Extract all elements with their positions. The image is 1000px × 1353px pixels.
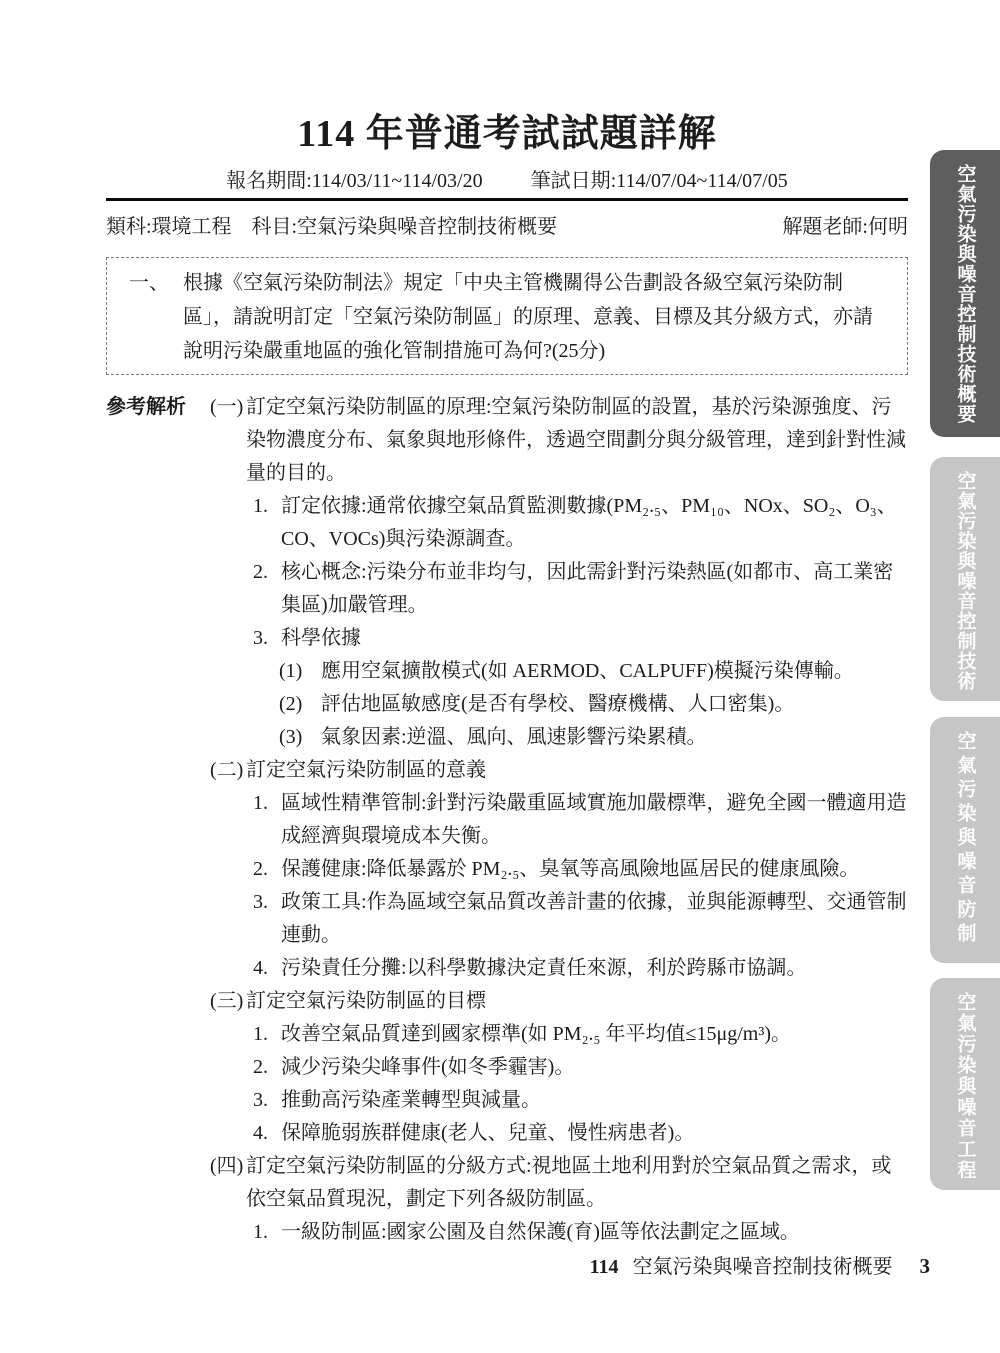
meta-row: 類科:環境工程 科目:空氣污染與噪音控制技術概要 解題老師:何明 — [106, 214, 908, 240]
item-text: 訂定空氣污染防制區的分級方式:視地區土地利用對於空氣品質之需求，或依空氣品質現況… — [246, 1150, 908, 1216]
footer-year: 114 — [590, 1256, 619, 1278]
item-marker: (2) — [279, 688, 321, 721]
section-1-item-1: 1. 訂定依據:通常依據空氣品質監測數據(PM₂.₅、PM₁₀、NOx、SO₂、… — [253, 490, 908, 556]
item-text: 訂定空氣污染防制區的意義 — [246, 754, 908, 787]
item-text: 區域性精準管制:針對污染嚴重區域實施加嚴標準，避免全國一體適用造成經濟與環境成本… — [281, 787, 908, 853]
section-1-item-3: 3. 科學依據 — [253, 622, 908, 655]
section-3-item-4: 4. 保障脆弱族群健康(老人、兒童、慢性病患者)。 — [253, 1117, 908, 1150]
section-2-item-1: 1. 區域性精準管制:針對污染嚴重區域實施加嚴標準，避免全國一體適用造成經濟與環… — [253, 787, 908, 853]
item-marker: 1. — [253, 1216, 281, 1249]
side-tab-label: 空氣污染與噪音控制技術 — [952, 457, 979, 701]
exam-dates-row: 報名期間:114/03/11~114/03/20 筆試日期:114/07/04~… — [106, 168, 908, 194]
item-text: 訂定空氣污染防制區的原理:空氣污染防制區的設置，基於污染源強度、污染物濃度分布、… — [246, 391, 908, 490]
section-3-item-1: 1. 改善空氣品質達到國家標準(如 PM₂.₅ 年平均值≤15μg/m³)。 — [253, 1018, 908, 1051]
side-tab-air-noise-control-tech[interactable]: 空氣污染與噪音控制技術 — [930, 457, 1000, 701]
section-4-heading: (四) 訂定空氣污染防制區的分級方式:視地區土地利用對於空氣品質之需求，或依空氣… — [210, 1150, 908, 1216]
item-text: 一級防制區:國家公園及自然保護(育)區等依法劃定之區域。 — [281, 1216, 908, 1249]
exam-solution-page: 114 年普通考試試題詳解 報名期間:114/03/11~114/03/20 筆… — [0, 0, 1000, 1353]
page-number: 3 — [920, 1254, 931, 1278]
item-text: 應用空氣擴散模式(如 AERMOD、CALPUFF)模擬污染傳輸。 — [321, 655, 908, 688]
item-marker: 4. — [253, 1117, 281, 1150]
header-divider — [106, 198, 908, 201]
question-text: 根據《空氣污染防制法》規定「中央主管機關得公告劃設各級空氣污染防制區」，請說明訂… — [183, 266, 885, 368]
item-marker: 1. — [253, 787, 281, 853]
item-text: 改善空氣品質達到國家標準(如 PM₂.₅ 年平均值≤15μg/m³)。 — [281, 1018, 908, 1051]
solution-area: 參考解析 (一) 訂定空氣污染防制區的原理:空氣污染防制區的設置，基於污染源強度… — [106, 391, 908, 1249]
item-marker: 1. — [253, 490, 281, 556]
section-1-item-3-sub-3: (3) 氣象因素:逆溫、風向、風速影響污染累積。 — [279, 721, 908, 754]
question-number: 一、 — [129, 266, 183, 368]
solution-label: 參考解析 — [106, 391, 210, 1249]
section-3-heading: (三) 訂定空氣污染防制區的目標 — [210, 985, 908, 1018]
section-4-item-1: 1. 一級防制區:國家公園及自然保護(育)區等依法劃定之區域。 — [253, 1216, 908, 1249]
item-marker: (3) — [279, 721, 321, 754]
section-2-item-3: 3. 政策工具:作為區域空氣品質改善計畫的依據，並與能源轉型、交通管制連動。 — [253, 886, 908, 952]
item-marker: 2. — [253, 853, 281, 886]
item-text: 訂定依據:通常依據空氣品質監測數據(PM₂.₅、PM₁₀、NOx、SO₂、O₃、… — [281, 490, 908, 556]
item-text: 減少污染尖峰事件(如冬季霾害)。 — [281, 1051, 908, 1084]
section-2-heading: (二) 訂定空氣污染防制區的意義 — [210, 754, 908, 787]
item-marker: (二) — [210, 754, 246, 787]
section-3-item-3: 3. 推動高污染產業轉型與減量。 — [253, 1084, 908, 1117]
solution-teacher: 解題老師:何明 — [782, 214, 908, 240]
side-tab-rail: 空氣污染與噪音控制技術概要 空氣污染與噪音控制技術 空氣污染與噪音防制 空氣污染… — [930, 0, 1000, 1353]
item-marker: 2. — [253, 1051, 281, 1084]
item-marker: 3. — [253, 1084, 281, 1117]
section-1-item-3-sub-2: (2) 評估地區敏感度(是否有學校、醫療機構、人口密集)。 — [279, 688, 908, 721]
section-2-item-2: 2. 保護健康:降低暴露於 PM₂.₅、臭氧等高風險地區居民的健康風險。 — [253, 853, 908, 886]
item-marker: 3. — [253, 886, 281, 952]
item-text: 訂定空氣污染防制區的目標 — [246, 985, 908, 1018]
item-marker: (1) — [279, 655, 321, 688]
written-exam-date: 筆試日期:114/07/04~114/07/05 — [531, 168, 788, 194]
side-tab-label: 空氣污染與噪音防制 — [952, 717, 979, 963]
side-tab-air-noise-engineering[interactable]: 空氣污染與噪音工程 — [930, 978, 1000, 1190]
footer-subject: 空氣污染與噪音控制技術概要 — [633, 1256, 893, 1278]
item-marker: 3. — [253, 622, 281, 655]
item-text: 科學依據 — [281, 622, 908, 655]
section-2-item-4: 4. 污染責任分攤:以科學數據決定責任來源，利於跨縣市協調。 — [253, 952, 908, 985]
side-tab-label: 空氣污染與噪音工程 — [952, 978, 979, 1190]
item-text: 污染責任分攤:以科學數據決定責任來源，利於跨縣市協調。 — [281, 952, 908, 985]
item-marker: 2. — [253, 556, 281, 622]
solution-body: (一) 訂定空氣污染防制區的原理:空氣污染防制區的設置，基於污染源強度、污染物濃… — [210, 391, 908, 1249]
question-box: 一、 根據《空氣污染防制法》規定「中央主管機關得公告劃設各級空氣污染防制區」，請… — [106, 257, 908, 375]
item-marker: (一) — [210, 391, 246, 490]
item-text: 評估地區敏感度(是否有學校、醫療機構、人口密集)。 — [321, 688, 908, 721]
registration-period: 報名期間:114/03/11~114/03/20 — [226, 168, 482, 194]
item-text: 推動高污染產業轉型與減量。 — [281, 1084, 908, 1117]
section-1-item-3-sub-1: (1) 應用空氣擴散模式(如 AERMOD、CALPUFF)模擬污染傳輸。 — [279, 655, 908, 688]
item-marker: 4. — [253, 952, 281, 985]
section-1-item-2: 2. 核心概念:污染分布並非均勻，因此需針對污染熱區(如都市、高工業密集區)加嚴… — [253, 556, 908, 622]
category-subject: 類科:環境工程 科目:空氣污染與噪音控制技術概要 — [106, 214, 557, 240]
item-text: 氣象因素:逆溫、風向、風速影響污染累積。 — [321, 721, 908, 754]
item-marker: (三) — [210, 985, 246, 1018]
item-text: 保障脆弱族群健康(老人、兒童、慢性病患者)。 — [281, 1117, 908, 1150]
page-footer: 114 空氣污染與噪音控制技術概要 3 — [590, 1253, 930, 1280]
side-tab-label: 空氣污染與噪音控制技術概要 — [952, 150, 979, 437]
item-marker: 1. — [253, 1018, 281, 1051]
section-1-heading: (一) 訂定空氣污染防制區的原理:空氣污染防制區的設置，基於污染源強度、污染物濃… — [210, 391, 908, 490]
item-marker: (四) — [210, 1150, 246, 1216]
side-tab-air-noise-prevention[interactable]: 空氣污染與噪音防制 — [930, 717, 1000, 963]
item-text: 政策工具:作為區域空氣品質改善計畫的依據，並與能源轉型、交通管制連動。 — [281, 886, 908, 952]
main-content: 114 年普通考試試題詳解 報名期間:114/03/11~114/03/20 筆… — [106, 0, 908, 1249]
page-title: 114 年普通考試試題詳解 — [106, 112, 908, 156]
item-text: 核心概念:污染分布並非均勻，因此需針對污染熱區(如都市、高工業密集區)加嚴管理。 — [281, 556, 908, 622]
item-text: 保護健康:降低暴露於 PM₂.₅、臭氧等高風險地區居民的健康風險。 — [281, 853, 908, 886]
side-tab-air-noise-control-tech-overview[interactable]: 空氣污染與噪音控制技術概要 — [930, 150, 1000, 437]
section-3-item-2: 2. 減少污染尖峰事件(如冬季霾害)。 — [253, 1051, 908, 1084]
